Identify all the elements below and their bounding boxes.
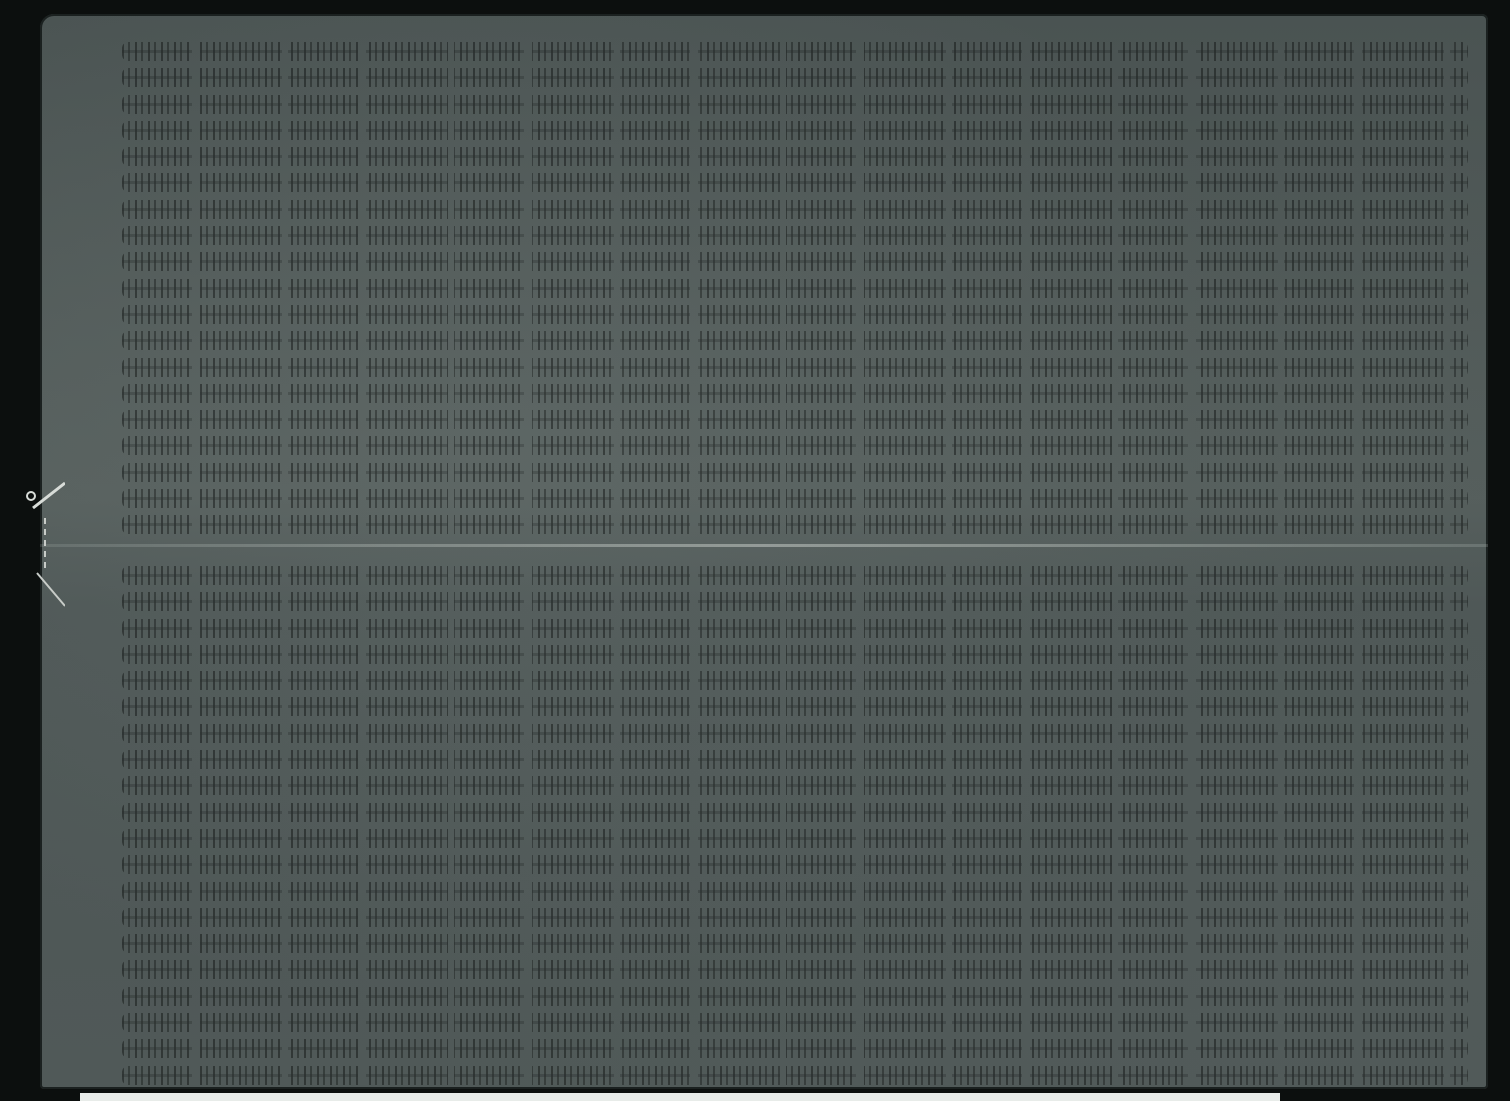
text-line: [122, 226, 1468, 245]
text-line: [122, 1066, 1468, 1085]
text-line: [122, 1013, 1468, 1032]
text-line: [122, 331, 1468, 350]
text-line: [122, 252, 1468, 271]
text-line: [122, 934, 1468, 953]
text-line: [122, 515, 1468, 534]
text-line: [122, 436, 1468, 455]
text-line: [122, 855, 1468, 874]
text-line: [122, 200, 1468, 219]
text-line: [122, 776, 1468, 795]
background-edge: [80, 1093, 1280, 1101]
text-line: [122, 829, 1468, 848]
text-line: [122, 566, 1468, 585]
text-line: [122, 882, 1468, 901]
text-line: [122, 671, 1468, 690]
text-line: [122, 305, 1468, 324]
upper-text-panel: [handwritten Burmese text, untranscribed…: [122, 42, 1468, 542]
lower-text-panel: [handwritten Burmese text, untranscribed…: [122, 566, 1468, 1092]
text-line: [122, 750, 1468, 769]
text-line: [122, 619, 1468, 638]
text-line: [122, 121, 1468, 140]
text-line: [122, 358, 1468, 377]
text-line: [122, 803, 1468, 822]
text-line: [122, 42, 1468, 61]
margin-damage-mark: [25, 478, 65, 608]
text-line: [122, 645, 1468, 664]
text-line: [122, 592, 1468, 611]
text-line: [122, 95, 1468, 114]
text-line: [122, 908, 1468, 927]
text-line: [122, 147, 1468, 166]
fold-crease: [40, 544, 1488, 547]
manuscript-sheet: [handwritten Burmese text, untranscribed…: [40, 14, 1488, 1089]
text-line: [122, 173, 1468, 192]
text-line: [122, 960, 1468, 979]
text-line: [122, 724, 1468, 743]
text-line: [122, 410, 1468, 429]
text-line: [122, 1039, 1468, 1058]
text-line: [122, 697, 1468, 716]
text-line: [122, 279, 1468, 298]
text-line: [122, 384, 1468, 403]
text-line: [122, 987, 1468, 1006]
text-line: [122, 489, 1468, 508]
text-line: [122, 463, 1468, 482]
text-line: [122, 68, 1468, 87]
